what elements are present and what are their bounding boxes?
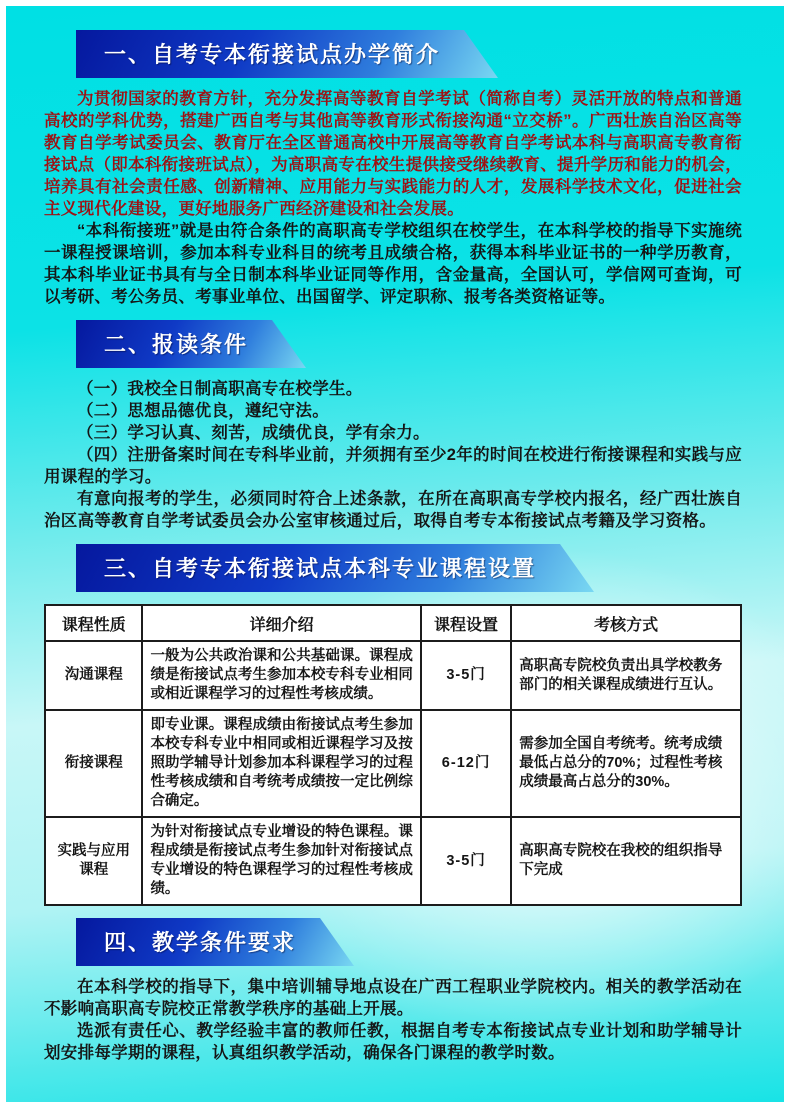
condition-item-2: （二）思想品德优良，遵纪守法。 (44, 400, 742, 422)
section-course-setup: 三、自考专本衔接试点本科专业课程设置 课程性质 详细介绍 课程设置 考核方式 沟… (44, 544, 742, 906)
section-title-3: 三、自考专本衔接试点本科专业课程设置 (104, 556, 536, 581)
section-title-banner-1: 一、自考专本衔接试点办学简介 (76, 30, 498, 78)
condition-item-4: （四）注册备案时间在专科毕业前，并须拥有至少2年的时间在校进行衔接课程和实践与应… (44, 444, 742, 488)
cell-detail-2: 即专业课。课程成绩由衔接试点考生参加本校专科专业中相同或相近课程学习及按照助学辅… (142, 710, 420, 817)
col-header-detail: 详细介绍 (142, 605, 420, 641)
poster-page: 一、自考专本衔接试点办学简介 为贯彻国家的教育方针，充分发挥高等教育自学考试（简… (0, 0, 790, 1108)
cell-detail-3: 为针对衔接试点专业增设的特色课程。课程成绩是衔接试点考生参加针对衔接试点专业增设… (142, 817, 420, 905)
teaching-paragraph-1: 在本科学校的指导下，集中培训辅导地点设在广西工程职业学院校内。相关的教学活动在不… (44, 976, 742, 1020)
course-table-header-row: 课程性质 详细介绍 课程设置 考核方式 (45, 605, 741, 641)
course-table: 课程性质 详细介绍 课程设置 考核方式 沟通课程 一般为公共政治课和公共基础课。… (44, 604, 742, 906)
section-intro: 一、自考专本衔接试点办学简介 为贯彻国家的教育方针，充分发挥高等教育自学考试（简… (44, 30, 742, 308)
col-header-count: 课程设置 (421, 605, 511, 641)
condition-item-1: （一）我校全日制高职高专在校学生。 (44, 378, 742, 400)
section-title-4: 四、教学条件要求 (104, 930, 296, 955)
section-title-1: 一、自考专本衔接试点办学简介 (104, 42, 440, 67)
table-row: 衔接课程 即专业课。课程成绩由衔接试点考生参加本校专科专业中相同或相近课程学习及… (45, 710, 741, 817)
col-header-nature: 课程性质 (45, 605, 142, 641)
table-row: 沟通课程 一般为公共政治课和公共基础课。课程成绩是衔接试点考生参加本校专科专业相… (45, 641, 741, 710)
cell-assessment-3: 高职高专院校在我校的组织指导下完成 (511, 817, 741, 905)
intro-paragraph-2: “本科衔接班”就是由符合条件的高职高专学校组织在校学生，在本科学校的指导下实施统… (44, 220, 742, 308)
cell-nature-1: 沟通课程 (45, 641, 142, 710)
cell-count-2: 6-12门 (421, 710, 511, 817)
section-title-2: 二、报读条件 (104, 332, 248, 357)
section-teaching-requirements: 四、教学条件要求 在本科学校的指导下，集中培训辅导地点设在广西工程职业学院校内。… (44, 918, 742, 1064)
section-title-banner-4: 四、教学条件要求 (76, 918, 354, 966)
section-title-banner-3: 三、自考专本衔接试点本科专业课程设置 (76, 544, 594, 592)
cell-nature-2: 衔接课程 (45, 710, 142, 817)
condition-list: （一）我校全日制高职高专在校学生。 （二）思想品德优良，遵纪守法。 （三）学习认… (44, 378, 742, 488)
cell-detail-1: 一般为公共政治课和公共基础课。课程成绩是衔接试点考生参加本校专科专业相同或相近课… (142, 641, 420, 710)
section-title-banner-2: 二、报读条件 (76, 320, 306, 368)
cell-nature-3: 实践与应用课程 (45, 817, 142, 905)
col-header-assessment: 考核方式 (511, 605, 741, 641)
enrollment-paragraph: 有意向报考的学生，必须同时符合上述条款，在所在高职高专学校内报名，经广西壮族自治… (44, 488, 742, 532)
cell-count-1: 3-5门 (421, 641, 511, 710)
condition-item-3: （三）学习认真、刻苦，成绩优良，学有余力。 (44, 422, 742, 444)
cell-assessment-1: 高职高专院校负责出具学校教务部门的相关课程成绩进行互认。 (511, 641, 741, 710)
table-row: 实践与应用课程 为针对衔接试点专业增设的特色课程。课程成绩是衔接试点考生参加针对… (45, 817, 741, 905)
cell-count-3: 3-5门 (421, 817, 511, 905)
intro-paragraph-1: 为贯彻国家的教育方针，充分发挥高等教育自学考试（简称自考）灵活开放的特点和普通高… (44, 88, 742, 220)
cell-assessment-2: 需参加全国自考统考。统考成绩最低占总分的70%；过程性考核成绩最高占总分的30%… (511, 710, 741, 817)
section-enrollment-conditions: 二、报读条件 （一）我校全日制高职高专在校学生。 （二）思想品德优良，遵纪守法。… (44, 320, 742, 532)
teaching-paragraph-2: 选派有责任心、教学经验丰富的教师任教，根据自考专本衔接试点专业计划和助学辅导计划… (44, 1020, 742, 1064)
